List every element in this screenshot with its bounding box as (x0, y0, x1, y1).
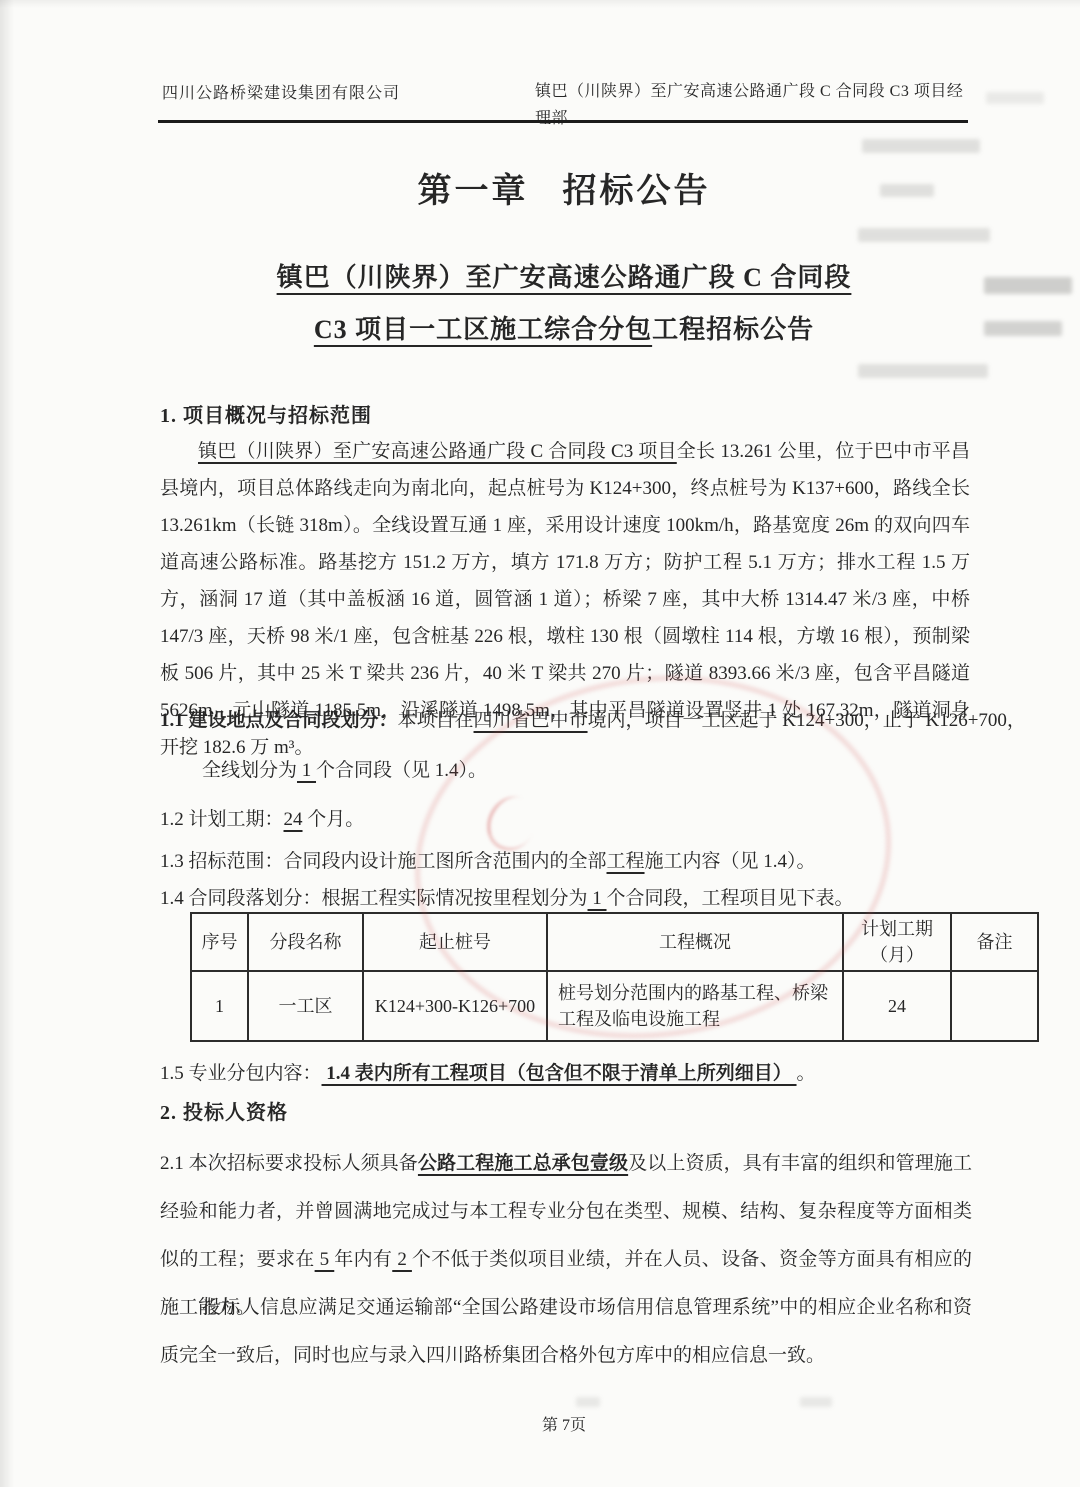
chapter-title-text: 招标公告 (563, 173, 711, 210)
clause-1-1-text3: 全线划分为 (202, 760, 297, 781)
subtitle-line2-rest: 工程招标公告 (652, 315, 814, 344)
bidder-info-paragraph: 投标人信息应满足交通运输部“全国公路建设市场信用信息管理系统”中的相应企业名称和… (160, 1284, 972, 1380)
chapter-title: 第一章招标公告 (160, 163, 968, 212)
bleed-through-mark (858, 228, 990, 242)
clause-1-2-label: 1.2 计划工期： (160, 809, 284, 830)
clause-2-1-text3: 年内有 (334, 1249, 392, 1270)
bleed-through-mark (862, 139, 980, 153)
table-header-remarks: 备注 (951, 913, 1038, 971)
section-1-heading: 1. 项目概况与招标范围 (160, 399, 372, 428)
clause-2-1-text1: 2.1 本次招标要求投标人须具备 (160, 1153, 418, 1174)
clause-1-5-label: 1.5 专业分包内容： (160, 1063, 322, 1084)
table-cell-planned-duration: 24 (843, 971, 951, 1041)
subtitle-line2: C3 项目一工区施工综合分包工程招标公告 (160, 304, 968, 356)
count-underlined: 2 (392, 1249, 412, 1270)
header-company-name: 四川公路桥梁建设集团有限公司 (162, 80, 400, 103)
table-header-seq: 序号 (191, 913, 248, 971)
scan-edge-shadow (0, 0, 14, 1487)
table-cell-remarks (951, 971, 1038, 1041)
bleed-through-mark (576, 1397, 600, 1407)
document-subtitle: 镇巴（川陕界）至广安高速公路通广段 C 合同段 C3 项目一工区施工综合分包工程… (160, 252, 968, 356)
header-rule (158, 120, 968, 123)
bleed-through-mark (984, 321, 1062, 336)
subtitle-line1: 镇巴（川陕界）至广安高速公路通广段 C 合同段 (160, 252, 968, 304)
section-2-heading: 2. 投标人资格 (160, 1096, 288, 1125)
clause-1-1-label: 1.1 建设地点及合同段划分： (160, 710, 398, 731)
clause-1-5-text: 。 (797, 1063, 816, 1084)
page-number: 第 7页 (160, 1412, 968, 1435)
table-cell-section-name: 一工区 (248, 971, 363, 1041)
clause-1-1-line2: 全线划分为 1 个合同段（见 1.4）。 (202, 755, 487, 782)
bleed-through-mark (984, 277, 1072, 294)
bleed-through-mark (986, 92, 1044, 104)
subtitle-line2-underlined: C3 项目一工区施工综合分包 (314, 315, 652, 344)
qualification-grade-underlined: 公路工程施工总承包壹级 (418, 1153, 628, 1174)
table-cell-seq: 1 (191, 971, 248, 1041)
clause-1-2-text: 个月。 (303, 809, 365, 830)
chapter-title-number: 第一章 (418, 173, 529, 210)
clause-1-1-text1: 本项目在 (398, 710, 474, 731)
scanned-document-page: 四川公路桥梁建设集团有限公司 镇巴（川陕界）至广安高速公路通广段 C 合同段 C… (0, 0, 1080, 1487)
scan-top-shadow (0, 0, 1080, 8)
clause-1-1-count-underlined: 1 (297, 760, 316, 781)
table-header-section-name: 分段名称 (248, 913, 363, 971)
clause-1-2-duration-underlined: 24 (284, 809, 303, 830)
header-project-name: 镇巴（川陕界）至广安高速公路通广段 C 合同段 C3 项目经理部 (535, 78, 969, 132)
bleed-through-mark (880, 184, 934, 197)
bleed-through-mark (858, 364, 988, 378)
bleed-through-mark (800, 1397, 832, 1407)
clause-1-5: 1.5 专业分包内容： 1.4 表内所有工程项目（包含但不限于清单上所列细目） … (160, 1058, 816, 1085)
project-name-underlined: 镇巴（川陕界）至广安高速公路通广段 C 合同段 C3 项目 (198, 441, 677, 462)
clause-1-2: 1.2 计划工期：24 个月。 (160, 804, 364, 831)
clause-1-5-underlined: 1.4 表内所有工程项目（包含但不限于清单上所列细目） (322, 1063, 797, 1084)
subtitle-line1-text: 镇巴（川陕界）至广安高速公路通广段 C 合同段 (277, 263, 852, 292)
years-underlined: 5 (315, 1249, 335, 1270)
